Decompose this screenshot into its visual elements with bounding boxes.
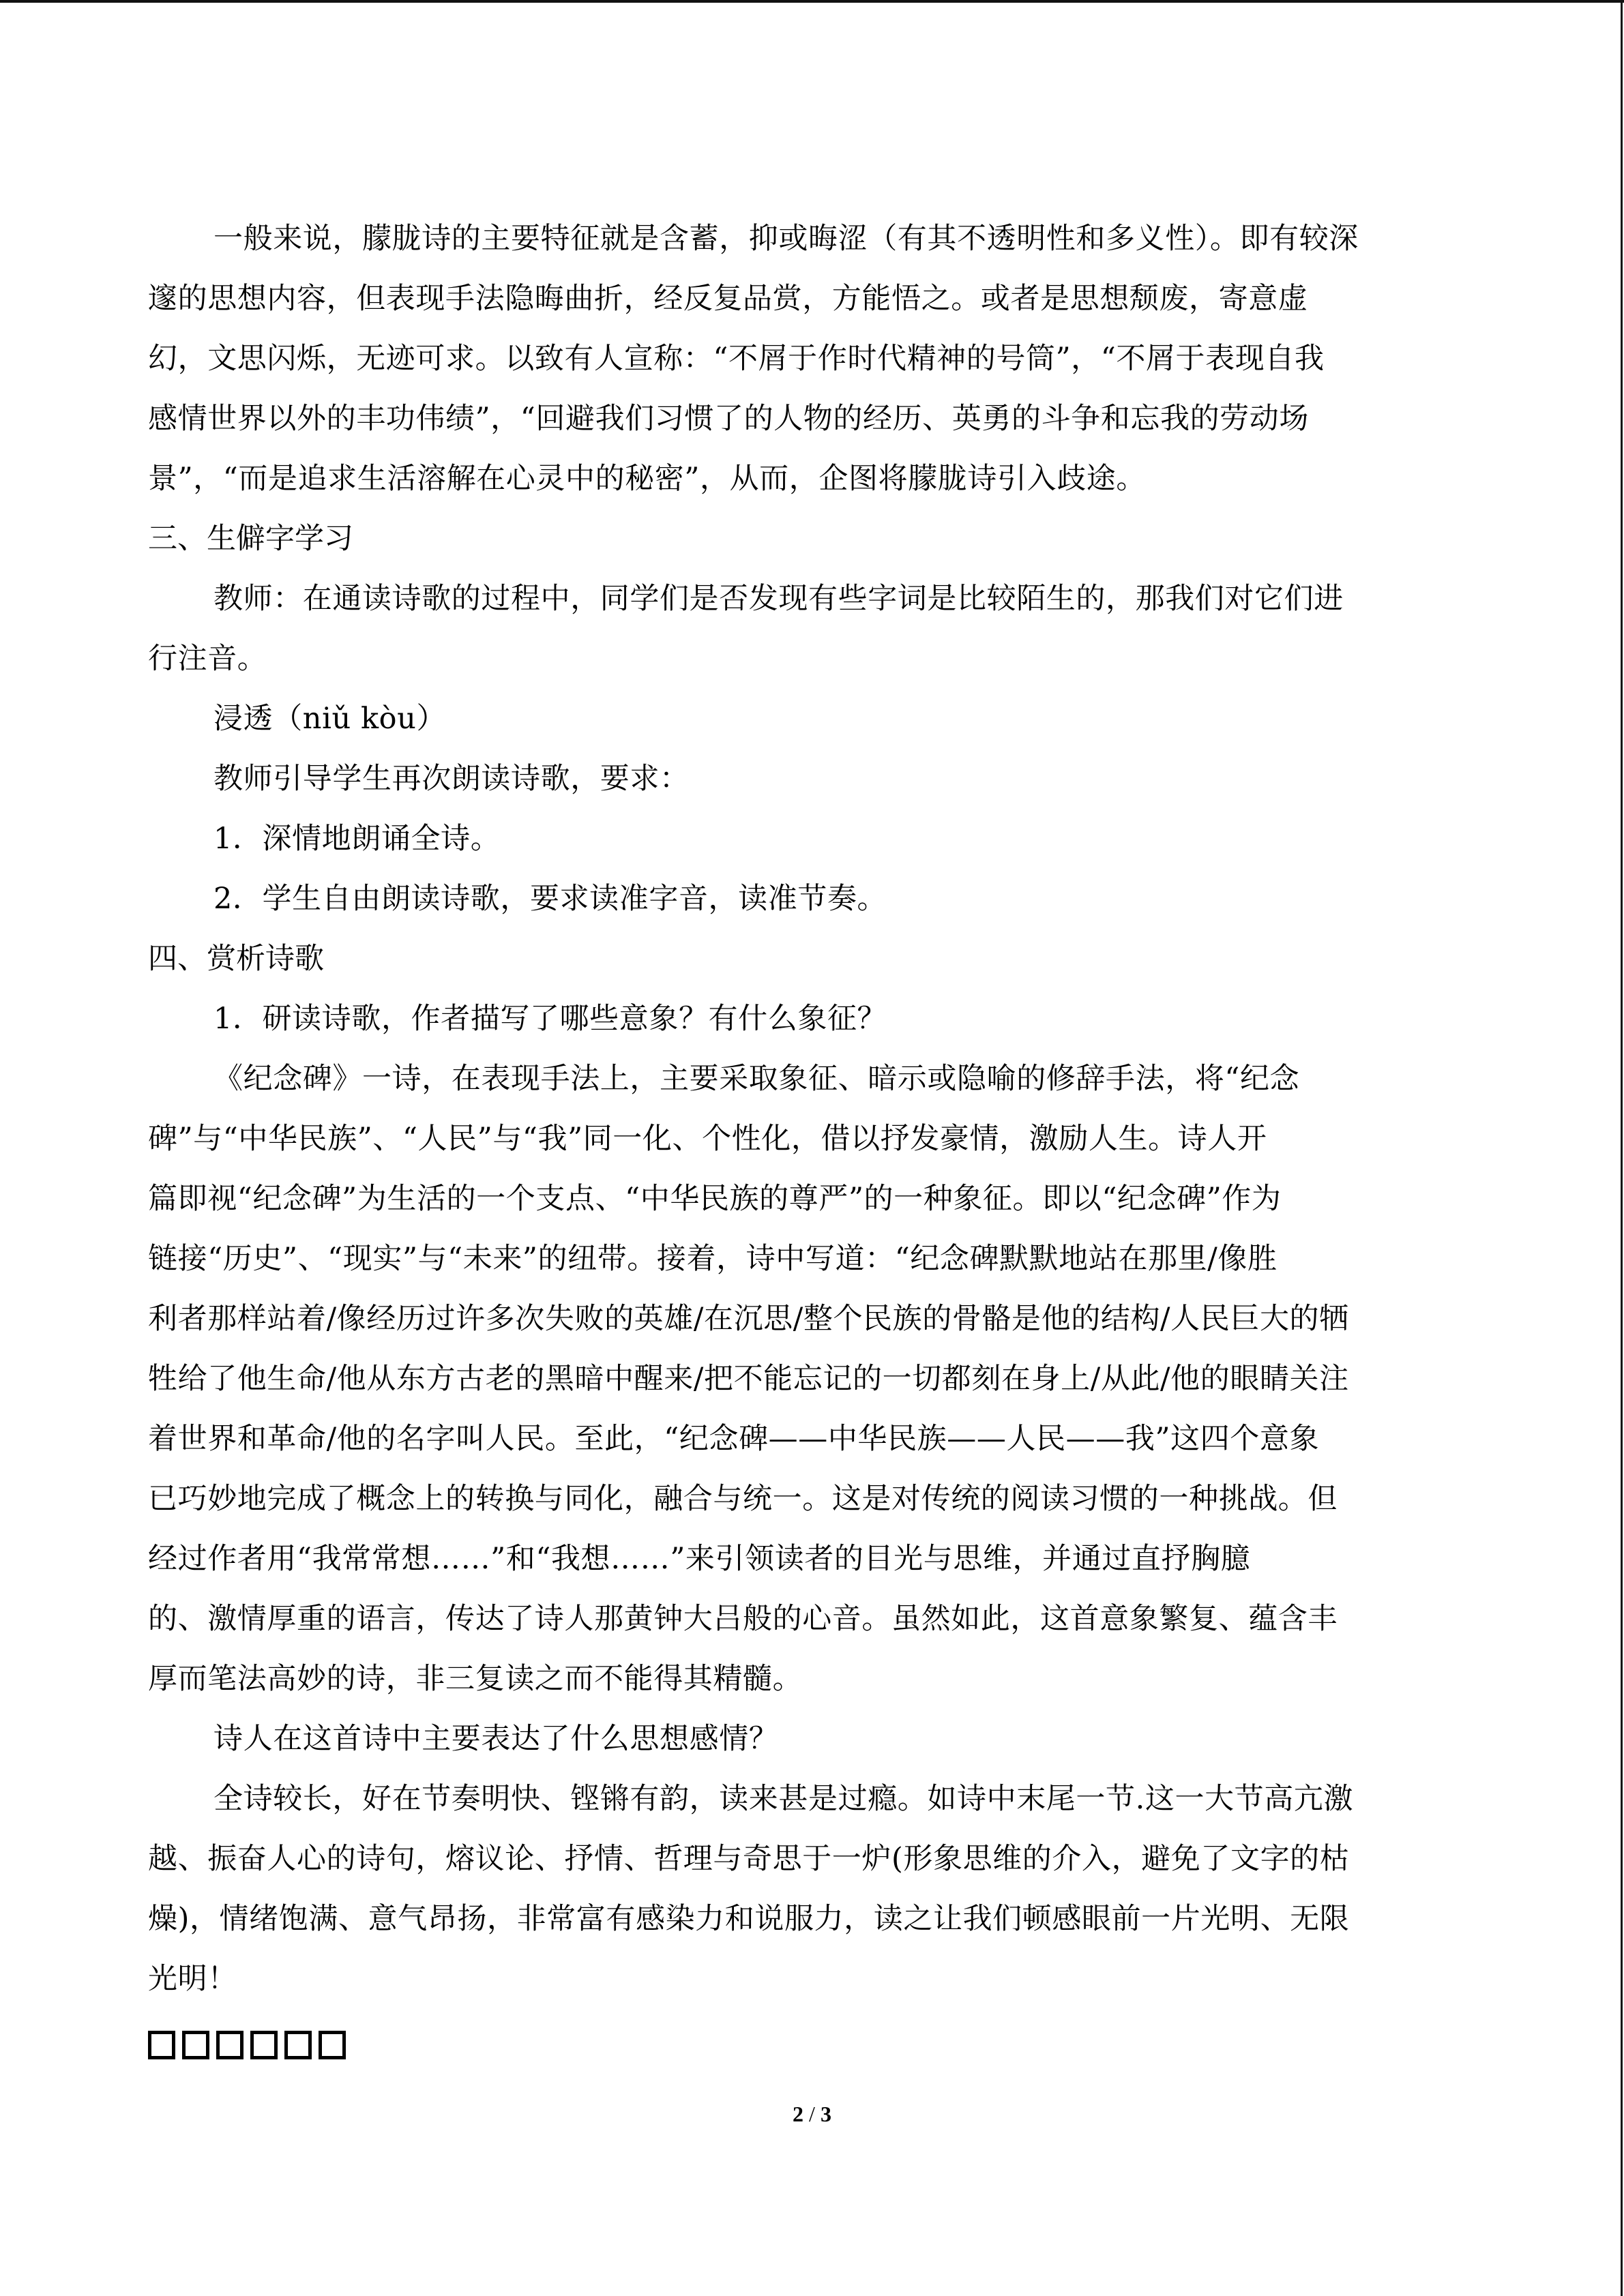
text-line: 已巧妙地完成了概念上的转换与同化，融合与统一。这是对传统的阅读习惯的一种挑战。但: [148, 1469, 1477, 1529]
pinyin-note: 浸透（niǔ kòu）: [148, 689, 1477, 749]
paragraph-misty-poetry: 一般来说，朦胧诗的主要特征就是含蓄，抑或晦涩（有其不透明性和多义性）。即有较深 …: [148, 209, 1477, 509]
missing-glyph-box-icon: [319, 2031, 346, 2059]
text-line: 感情世界以外的丰功伟绩”，“回避我们习惯了的人物的经历、英勇的斗争和忘我的劳动场: [148, 389, 1477, 449]
text-line: 全诗较长，好在节奏明快、铿锵有韵，读来甚是过瘾。如诗中末尾一节.这一大节高亢激: [148, 1769, 1477, 1829]
text-line: 的、激情厚重的语言，传达了诗人那黄钟大吕般的心音。虽然如此，这首意象繁复、蕴含丰: [148, 1589, 1477, 1649]
total-pages: 3: [821, 2102, 831, 2126]
text-line: 越、振奋人心的诗句，熔议论、抒情、哲理与奇思于一炉(形象思维的介入，避免了文字的…: [148, 1829, 1477, 1889]
text-line: 利者那样站着/像经历过许多次失败的英雄/在沉思/整个民族的骨骼是他的结构/人民巨…: [148, 1289, 1477, 1349]
text-line: 碑”与“中华民族”、“人民”与“我”同一化、个性化，借以抒发豪情，激励人生。诗人…: [148, 1109, 1477, 1169]
section-heading-rare-characters: 三、生僻字学习: [148, 509, 1477, 569]
text-line: 光明！: [148, 1949, 1477, 2009]
page-number: 2 / 3: [0, 2102, 1624, 2127]
text-line: 着世界和革命/他的名字叫人民。至此，“纪念碑——中华民族——人民——我”这四个意…: [148, 1409, 1477, 1469]
page-right-border: [1621, 0, 1623, 2296]
question-emotion: 诗人在这首诗中主要表达了什么思想感情？: [148, 1709, 1477, 1769]
missing-glyph-box-icon: [250, 2031, 278, 2059]
text-line: 链接“历史”、“现实”与“未来”的纽带。接着，诗中写道：“纪念碑默默地站在那里/…: [148, 1229, 1477, 1289]
question-imagery: 1．研读诗歌，作者描写了哪些意象？有什么象征？: [148, 989, 1477, 1049]
page-top-border: [0, 0, 1624, 3]
missing-glyph-box-icon: [216, 2031, 243, 2059]
teacher-prompt: 教师：在通读诗歌的过程中，同学们是否发现有些字词是比较陌生的，那我们对它们进 行…: [148, 569, 1477, 689]
paragraph-imagery-analysis: 《纪念碑》一诗，在表现手法上，主要采取象征、暗示或隐喻的修辞手法，将“纪念 碑”…: [148, 1049, 1477, 1709]
missing-glyph-box-icon: [284, 2031, 312, 2059]
document-page: 一般来说，朦胧诗的主要特征就是含蓄，抑或晦涩（有其不透明性和多义性）。即有较深 …: [148, 209, 1477, 2062]
text-line: 邃的思想内容，但表现手法隐晦曲折，经反复品赏，方能悟之。或者是思想颓废，寄意虚: [148, 269, 1477, 329]
text-line: 经过作者用“我常常想……”和“我想……”来引领读者的目光与思维，并通过直抒胸臆: [148, 1529, 1477, 1589]
text-line: 景”，“而是追求生活溶解在心灵中的秘密”，从而，企图将朦胧诗引入歧途。: [148, 449, 1477, 509]
text-line: 篇即视“纪念碑”为生活的一个支点、“中华民族的尊严”的一种象征。即以“纪念碑”作…: [148, 1169, 1477, 1229]
text-line: 教师：在通读诗歌的过程中，同学们是否发现有些字词是比较陌生的，那我们对它们进: [148, 569, 1477, 629]
missing-glyph-box-icon: [148, 2031, 175, 2059]
text-line: 燥)，情绪饱满、意气昂扬，非常富有感染力和说服力，读之让我们顿感眼前一片光明、无…: [148, 1889, 1477, 1949]
text-line: 厚而笔法高妙的诗，非三复读之而不能得其精髓。: [148, 1649, 1477, 1709]
text-line: 一般来说，朦胧诗的主要特征就是含蓄，抑或晦涩（有其不透明性和多义性）。即有较深: [148, 209, 1477, 269]
text-line: 牲给了他生命/他从东方古老的黑暗中醒来/把不能忘记的一切都刻在身上/从此/他的眼…: [148, 1349, 1477, 1409]
text-line: 《纪念碑》一诗，在表现手法上，主要采取象征、暗示或隐喻的修辞手法，将“纪念: [148, 1049, 1477, 1109]
missing-glyph-box-icon: [182, 2031, 209, 2059]
reading-instruction: 教师引导学生再次朗读诗歌，要求：: [148, 749, 1477, 809]
text-line: 行注音。: [148, 629, 1477, 689]
current-page: 2: [793, 2102, 803, 2126]
list-item: 2．学生自由朗读诗歌，要求读准字音，读准节奏。: [148, 869, 1477, 929]
list-item: 1．深情地朗诵全诗。: [148, 809, 1477, 869]
missing-glyph-heading: [148, 2028, 1477, 2062]
section-heading-poem-appreciation: 四、赏析诗歌: [148, 929, 1477, 989]
page-separator: /: [809, 2102, 815, 2126]
text-line: 幻，文思闪烁，无迹可求。以致有人宣称：“不屑于作时代精神的号筒”，“不屑于表现自…: [148, 329, 1477, 389]
paragraph-emotion-answer: 全诗较长，好在节奏明快、铿锵有韵，读来甚是过瘾。如诗中末尾一节.这一大节高亢激 …: [148, 1769, 1477, 2009]
